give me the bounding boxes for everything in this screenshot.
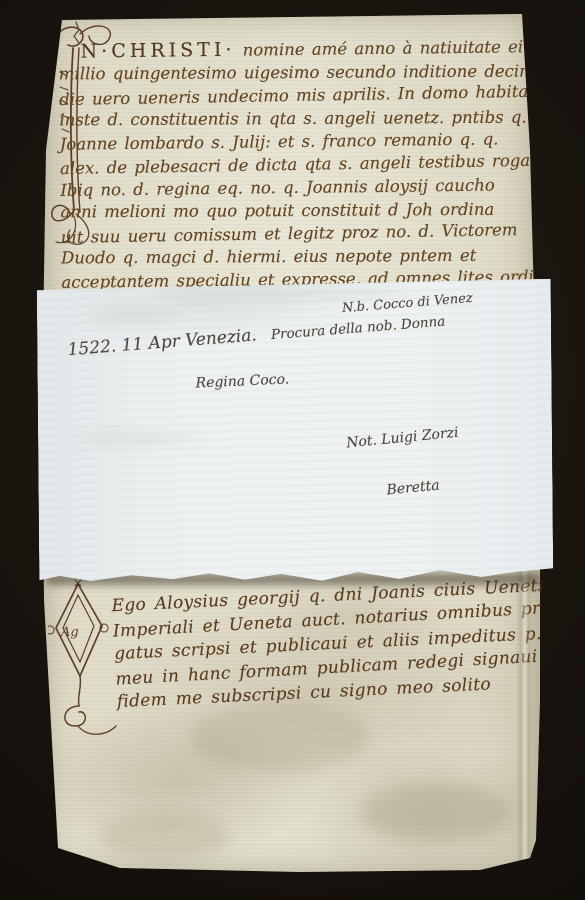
invocation-rest: nomine amé anno à natiuitate eiusdé: [243, 37, 563, 60]
invocation-caps: N·CHRISTI·: [80, 39, 235, 63]
parchment-stain: [190, 702, 370, 772]
parchment-stain: [100, 812, 230, 862]
show-through-smudge: [78, 432, 198, 445]
photo-background: N·CHRISTI· nomine amé anno à natiuitate …: [0, 0, 585, 900]
show-through-smudge: [92, 310, 182, 323]
archival-corner-note: N.b. Cocco di Venez: [342, 291, 474, 316]
manuscript-line: inste d. constituentis in qta s. angeli …: [59, 106, 525, 132]
manuscript-line: Duodo q. magci d. hiermi. eius nepote pn…: [61, 244, 527, 270]
archivist-note-slip: N.b. Cocco di Venez 1522. 11 Apr Venezia…: [37, 279, 554, 583]
closing-lines: Ego Aloysius georgij q. dni Joanis ciuis…: [111, 572, 547, 715]
archival-subject-name: Regina Coco.: [195, 371, 289, 391]
archival-subject: Procura della nob. Donna: [270, 314, 445, 344]
notary-signature: Not. Luigi Zorzi: [346, 425, 460, 452]
archival-date: 1522. 11 Apr Venezia.: [67, 325, 258, 360]
notarial-sign-monogram: Ag: [60, 625, 79, 640]
archival-date-line: 1522. 11 Apr Venezia. Procura della nob.…: [67, 311, 446, 361]
opening-text-block: N·CHRISTI· nomine amé anno à natiuitate …: [58, 35, 527, 294]
parchment-stain: [360, 782, 510, 842]
secondary-signature: Beretta: [386, 477, 440, 498]
manuscript-lines: millio quingentesimo uigesimo secundo in…: [59, 58, 528, 294]
closing-text-block: Ego Aloysius georgij q. dni Joanis ciuis…: [111, 572, 547, 715]
